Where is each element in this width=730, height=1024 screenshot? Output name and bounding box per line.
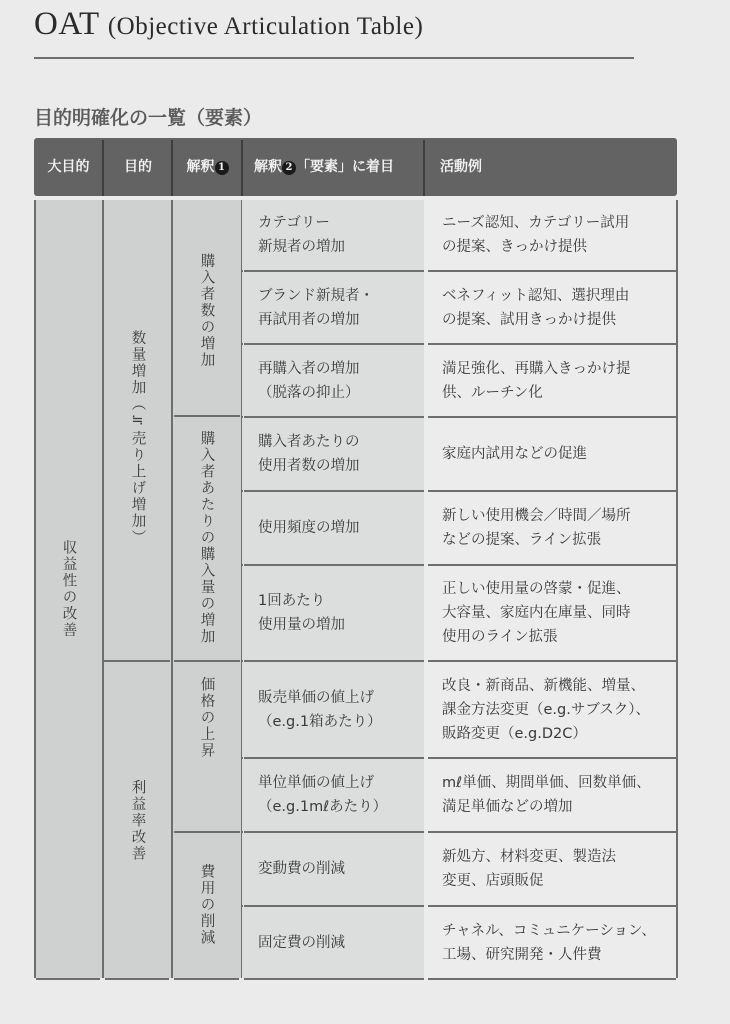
title-divider: [34, 57, 634, 59]
col-header-goal: 目的: [104, 138, 172, 196]
element-cell: 固定費の削減: [242, 907, 424, 978]
title-main: OAT: [34, 6, 99, 42]
grid-line: [102, 200, 104, 978]
grid-line: [428, 978, 676, 980]
grid-line: [174, 660, 240, 662]
grid-line: [174, 415, 240, 417]
element-cell: 再購入者の増加 （脱落の抑止）: [242, 345, 424, 416]
grid-line: [174, 978, 239, 980]
activity-cell: ベネフィット認知、選択理由 の提案、試用きっかけ提供: [426, 272, 676, 343]
grid-line: [105, 978, 169, 980]
grid-line: [676, 200, 678, 978]
col-header-interpretation-2: 解釈2「要素」に着目: [254, 138, 424, 196]
element-cell: 変動費の削減: [242, 833, 424, 905]
grid-line: [171, 200, 173, 978]
activity-cell: ニーズ認知、カテゴリー試用 の提案、きっかけ提供: [426, 200, 676, 270]
col-header-interpretation-1: 解釈1: [173, 138, 242, 196]
element-cell: 販売単価の値上げ （e.g.1箱あたり）: [242, 662, 424, 757]
interpretation-label-cost: 費用の削減: [197, 864, 218, 947]
grid-line: [244, 978, 424, 980]
activity-cell: 正しい使用量の啓蒙・促進、 大容量、家庭内在庫量、同時 使用のライン拡張: [426, 566, 676, 660]
activity-cell: 満足強化、再購入きっかけ提 供、ルーチン化: [426, 345, 676, 416]
title-sub: (Objective Articulation Table): [108, 13, 423, 40]
grid-line: [36, 978, 100, 980]
interpretation-label-volume: 購入者あたりの購入量の増加: [197, 431, 218, 646]
element-cell: カテゴリー 新規者の増加: [242, 200, 424, 270]
activity-cell: 家庭内試用などの促進: [426, 418, 676, 490]
header-divider: [423, 140, 425, 196]
oat-table: 大目的 目的 解釈1 解釈2「要素」に着目 活動例 収益性の改善 数量増加（≒売…: [34, 138, 677, 980]
table-header: 大目的 目的 解釈1 解釈2「要素」に着目 活動例: [34, 138, 677, 196]
interpretation-label-price: 価格の上昇: [197, 677, 218, 760]
section-title: 目的明確化の一覧（要素）: [34, 103, 262, 130]
grid-line: [174, 831, 240, 833]
header-divider: [241, 140, 243, 196]
col-header-major-goal: 大目的: [34, 138, 103, 196]
element-cell: 1回あたり 使用量の増加: [242, 566, 424, 660]
page-title: OAT (Objective Articulation Table): [34, 6, 423, 43]
number-badge-2: 2: [282, 161, 296, 175]
element-cell: 単位単価の値上げ （e.g.1mℓあたり）: [242, 759, 424, 831]
activity-cell: 新しい使用機会／時間／場所 などの提案、ライン拡張: [426, 492, 676, 564]
element-cell: ブランド新規者・ 再試用者の増加: [242, 272, 424, 343]
activity-cell: 新処方、材料変更、製造法 変更、店頭販促: [426, 833, 676, 905]
element-cell: 使用頻度の増加: [242, 492, 424, 564]
activity-cell: mℓ単価、期間単価、回数単価、 満足単価などの増加: [426, 759, 676, 831]
column-gap: [424, 200, 426, 978]
interpretation-label-buyers: 購入者数の増加: [197, 253, 218, 369]
number-badge-1: 1: [215, 161, 229, 175]
grid-line: [104, 660, 170, 662]
grid-line: [34, 200, 36, 978]
goal-label-margin: 利益率改善: [128, 780, 149, 863]
activity-cell: 改良・新商品、新機能、増量、 課金方法変更（e.g.サブスク）、 販路変更（e.…: [426, 662, 676, 757]
goal-label-quantity: 数量増加（≒売り上げ増加）: [128, 330, 149, 546]
element-cell: 購入者あたりの 使用者数の増加: [242, 418, 424, 490]
col-header-activity: 活動例: [440, 138, 670, 196]
major-goal-label: 収益性の改善: [59, 540, 80, 639]
activity-cell: チャネル、コミュニケーション、 工場、研究開発・人件費: [426, 907, 676, 978]
